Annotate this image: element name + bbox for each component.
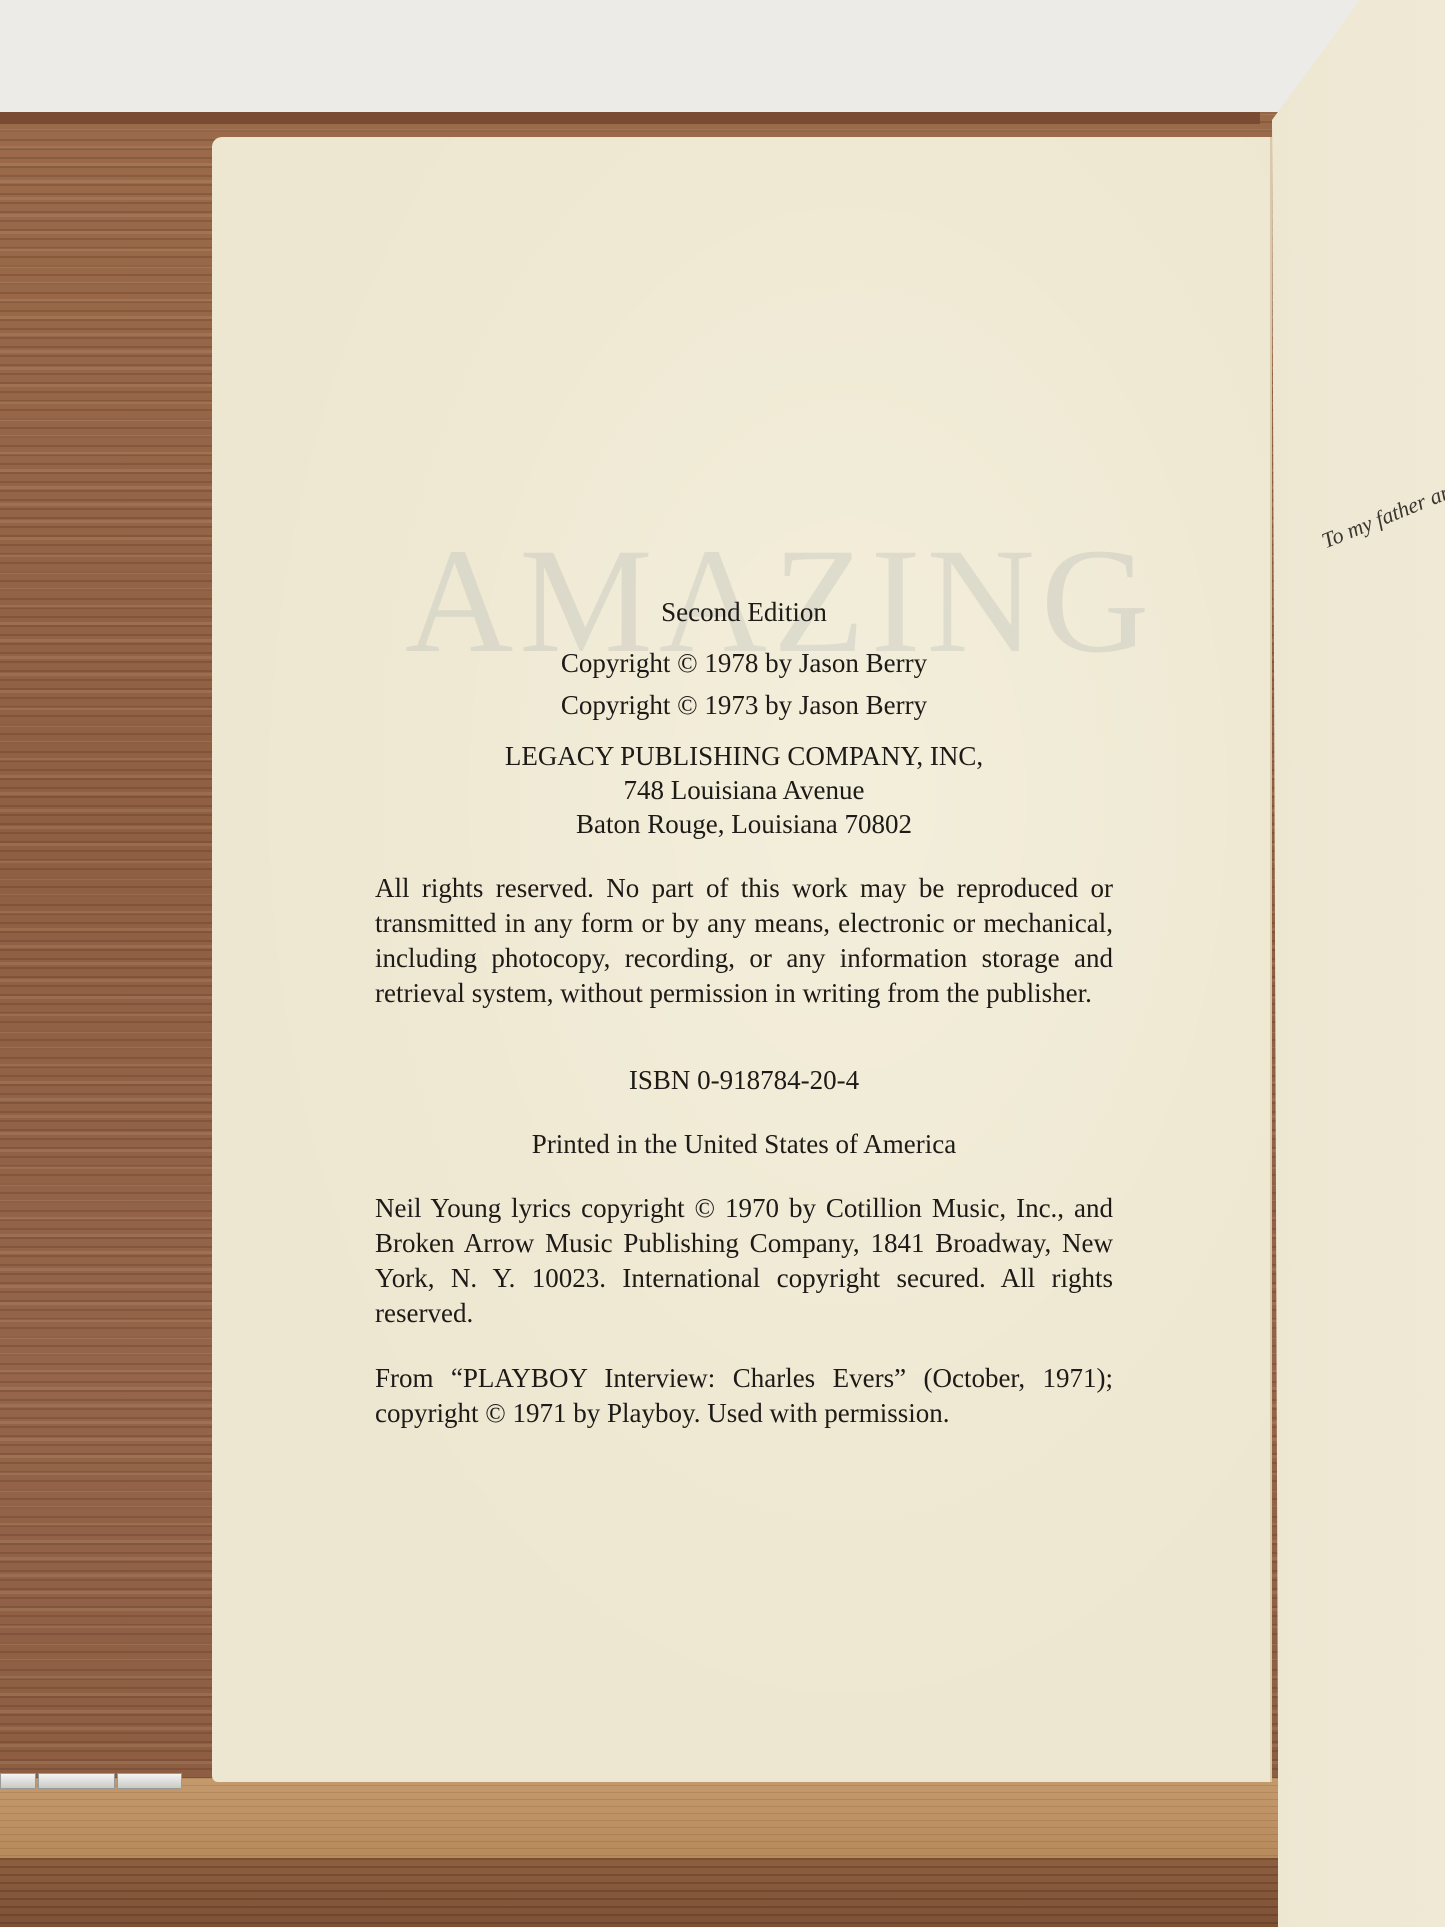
- lyrics-credit: Neil Young lyrics copyright © 1970 by Co…: [375, 1191, 1113, 1331]
- publisher-city: Baton Rouge, Louisiana 70802: [375, 807, 1113, 841]
- hinge-icon: [117, 1773, 182, 1789]
- hinge-icon: [38, 1773, 115, 1789]
- copyright-line: Copyright © 1973 by Jason Berry: [375, 688, 1113, 722]
- wood-edge: [0, 112, 1260, 124]
- edition-label: Second Edition: [375, 595, 1113, 629]
- isbn: ISBN 0-918784-20-4: [375, 1063, 1113, 1097]
- playboy-credit: From “PLAYBOY Interview: Charles Evers” …: [375, 1361, 1113, 1431]
- copyright-block: Second Edition Copyright © 1978 by Jason…: [375, 595, 1113, 1431]
- printed-in: Printed in the United States of America: [375, 1127, 1113, 1161]
- copyright-line: Copyright © 1978 by Jason Berry: [375, 646, 1113, 680]
- publisher-name: LEGACY PUBLISHING COMPANY, INC,: [375, 739, 1113, 773]
- facing-page: [1250, 0, 1445, 1927]
- wooden-base: [0, 1858, 1445, 1927]
- hinge-icon: [0, 1773, 36, 1789]
- publisher-street: 748 Louisiana Avenue: [375, 773, 1113, 807]
- wooden-shelf: [0, 1778, 1445, 1858]
- background-wall: [0, 0, 1445, 118]
- rights-notice: All rights reserved. No part of this wor…: [375, 871, 1113, 1011]
